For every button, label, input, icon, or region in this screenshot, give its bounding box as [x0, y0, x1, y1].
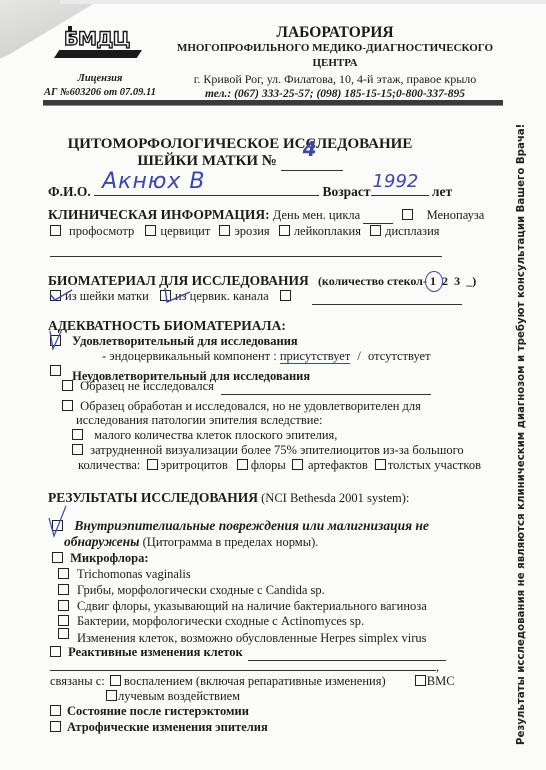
checkmark-cervix-icon [48, 284, 128, 304]
reactive-label: Реактивные изменения клеток [68, 645, 243, 659]
processed-line-2: исследования патологии эпителия вследств… [76, 413, 323, 428]
fio-field[interactable]: Акнюх В [94, 181, 319, 196]
nilm-line-1: Внутриэпителиальные повреждения или мали… [74, 518, 429, 533]
processed-row: Образец обработан и исследовался, но не … [62, 399, 421, 414]
checkbox-processed-unsatisfactory[interactable] [62, 400, 73, 411]
clinical-info-label: КЛИНИЧЕСКАЯ ИНФОРМАЦИЯ: [48, 207, 270, 222]
clinical-notes-line[interactable] [50, 256, 442, 257]
lab-title: ЛАБОРАТОРИЯ [150, 24, 520, 41]
post-hysterectomy-row: Состояние после гистерэктомии [50, 704, 249, 719]
results-label: РЕЗУЛЬТАТЫ ИССЛЕДОВАНИЯ [48, 490, 258, 505]
lab-header: ЛАБОРАТОРИЯ МНОГОПРОФИЛЬНОГО МЕДИКО-ДИАГ… [150, 24, 520, 101]
fio-handwritten: Акнюх В [102, 169, 205, 194]
endocervical-absent-option[interactable]: отсутствует [368, 349, 431, 363]
radiation-row: лучевым воздействием [106, 689, 240, 704]
microflora-candida: Грибы, морфологически сходные с Candida … [77, 583, 325, 597]
satisfactory-row: Удовлетворительный для исследования [50, 334, 298, 349]
reactive-field-line-2[interactable] [50, 670, 436, 671]
comma: , [436, 660, 439, 675]
obscured-label: затрудненной визуализации более 75% эпит… [90, 443, 464, 457]
clinical-options-row: профосмотр цервицит эрозия лейкоплакия д… [50, 224, 440, 239]
results-header: РЕЗУЛЬТАТЫ ИССЛЕДОВАНИЯ (NCI Bethesda 20… [48, 490, 409, 506]
checkbox-candida[interactable] [58, 584, 69, 595]
reactive-row: Реактивные изменения клеток [50, 645, 446, 661]
checkbox-obscured[interactable] [72, 444, 83, 455]
checkbox-erosion[interactable] [219, 225, 230, 236]
few-cells-label: малого количества клеток плоского эпител… [94, 428, 337, 442]
checkbox-not-examined[interactable] [62, 380, 73, 391]
satisfactory-label: Удовлетворительный для исследования [72, 334, 298, 348]
cycle-day-field[interactable] [363, 208, 393, 224]
checkbox-post-hysterectomy[interactable] [50, 705, 61, 716]
checkbox-trichomonas[interactable] [58, 568, 69, 579]
license-number: АГ №603206 от 07.09.11 [40, 86, 160, 100]
lab-subtitle-2: ЦЕНТРА [150, 56, 520, 71]
cycle-day-label: День мен. цикла [273, 208, 360, 222]
microflora-item: Изменения клеток, возможно обусловленные… [58, 628, 426, 646]
patient-row: Ф.И.О. Акнюх В Возраст 1992 лет [48, 181, 452, 200]
adequacy-label: АДЕКВАТНОСТЬ БИОМАТЕРИАЛА: [48, 318, 286, 334]
logo-text: БМДЦ [64, 28, 130, 50]
nilm-row: Внутриэпителиальные повреждения или мали… [52, 518, 429, 534]
checkbox-bacterial-vaginosis[interactable] [58, 600, 69, 611]
reactive-field[interactable] [248, 645, 446, 661]
endocervical-label: - эндоцервикальный компонент : [102, 349, 277, 363]
checkbox-unsatisfactory[interactable] [50, 365, 61, 376]
bmdc-logo: БМДЦ [48, 26, 144, 62]
option-profosmotr: профосмотр [69, 224, 134, 238]
checkmark-nilm-icon [46, 504, 68, 538]
associated-radiation: лучевым воздействием [118, 689, 240, 703]
associated-inflammation: воспалением (включая репаративные измене… [124, 674, 386, 688]
menopause-label: Менопауза [427, 208, 485, 222]
quantity-flora: флоры [251, 458, 286, 472]
nilm-line-2: обнаружены (Цитограмма в пределах нормы)… [64, 534, 318, 550]
age-suffix: лет [432, 184, 452, 199]
checkbox-inflammation[interactable] [110, 675, 121, 686]
atrophic-label: Атрофические изменения эпителия [67, 720, 268, 734]
checkbox-leukoplakia[interactable] [279, 225, 290, 236]
associated-iud: ВМС [427, 674, 455, 688]
microflora-actinomyces: Бактерии, морфологически сходные с Actin… [77, 614, 364, 628]
quantity-thick-areas: толстых участков [388, 458, 481, 472]
study-number-field[interactable]: 4 [281, 153, 343, 171]
age-handwritten: 1992 [373, 171, 419, 192]
disclaimer-vertical-note: Результаты исследования не являются клин… [516, 105, 527, 745]
slides-option-3[interactable]: 3 [454, 274, 460, 288]
results-system: (NCI Bethesda 2001 system): [261, 491, 409, 505]
slides-label: (количество стекол- [318, 274, 427, 288]
title-number-label: ШЕЙКИ МАТКИ № [137, 153, 276, 169]
endocervical-separator: / [357, 349, 360, 363]
nilm-not-found: обнаружены [64, 534, 140, 549]
title-line-2: ШЕЙКИ МАТКИ № 4 [40, 153, 440, 171]
microflora-item: Сдвиг флоры, указывающий на наличие бакт… [58, 599, 427, 614]
license-block: Лицензия АГ №603206 от 07.09.11 [40, 72, 160, 100]
title-line-1: ЦИТОМОРФОЛОГИЧЕСКОЕ ИССЛЕДОВАНИЕ [40, 136, 440, 153]
option-dysplasia: дисплазия [385, 224, 439, 238]
quantity-artifacts: артефактов [308, 458, 368, 472]
checkbox-few-cells[interactable] [72, 429, 83, 440]
endocervical-row: - эндоцервикальный компонент : присутств… [102, 349, 431, 364]
not-examined-row: Образец не исследовался [62, 379, 431, 395]
not-examined-label: Образец не исследовался [80, 379, 214, 393]
microflora-herpes: Изменения клеток, возможно обусловленные… [77, 631, 426, 645]
quantity-label: количества: [78, 458, 140, 472]
option-leukoplakia: лейкоплакия [294, 224, 361, 238]
nilm-normal-cytogram: (Цитограмма в пределах нормы). [140, 535, 319, 549]
lab-address: г. Кривой Рог, ул. Филатова, 10, 4-й эта… [150, 72, 520, 87]
microflora-item: Грибы, морфологически сходные с Candida … [58, 583, 325, 598]
associated-label: связаны с: [50, 674, 105, 688]
checkbox-dysplasia[interactable] [370, 225, 381, 236]
checkbox-erythrocytes[interactable] [147, 459, 158, 470]
source-other-field[interactable] [312, 289, 462, 305]
logo-underbar [54, 50, 142, 58]
checkbox-iud[interactable] [415, 675, 426, 686]
endocervical-present-option[interactable]: присутствует [280, 349, 350, 364]
checkbox-thick-areas[interactable] [375, 459, 386, 470]
header-divider [43, 100, 503, 106]
age-field[interactable]: 1992 [371, 181, 429, 196]
not-examined-reason-field[interactable] [221, 379, 431, 395]
post-hysterectomy-label: Состояние после гистерэктомии [67, 704, 249, 718]
option-cervicitis: цервицит [160, 224, 210, 238]
checkbox-source-other[interactable] [280, 290, 291, 301]
lab-subtitle-1: МНОГОПРОФИЛЬНОГО МЕДИКО-ДИАГНОСТИЧЕСКОГО [150, 41, 520, 56]
checkbox-artifacts[interactable] [292, 459, 303, 470]
checkbox-atrophic[interactable] [50, 721, 61, 732]
checkbox-reactive[interactable] [50, 646, 61, 657]
microflora-bacterial-vaginosis: Сдвиг флоры, указывающий на наличие бакт… [77, 599, 427, 613]
checkbox-profosmotr[interactable] [50, 225, 61, 236]
microflora-row: Микрофлора: [52, 551, 149, 566]
age-label: Возраст [322, 184, 370, 199]
checkbox-actinomyces[interactable] [58, 615, 69, 626]
microflora-item: Trichomonas vaginalis [58, 567, 191, 582]
study-number-handwritten: 4 [303, 141, 317, 158]
menopause-checkbox[interactable] [402, 209, 413, 220]
few-cells-row: малого количества клеток плоского эпител… [72, 428, 337, 443]
checkmark-cervical-canal-icon [160, 284, 220, 306]
checkbox-herpes[interactable] [58, 628, 69, 639]
checkbox-radiation[interactable] [106, 690, 117, 701]
checkbox-flora[interactable] [237, 459, 248, 470]
slides-option-1[interactable]: 1 [430, 274, 439, 288]
atrophic-row: Атрофические изменения эпителия [50, 720, 268, 735]
microflora-trichomonas: Trichomonas vaginalis [77, 567, 191, 581]
scan-edge [60, 0, 546, 4]
slides-close: ) [472, 274, 476, 288]
associated-row: связаны с: воспалением (включая репарати… [50, 674, 455, 689]
license-label: Лицензия [40, 72, 160, 86]
document-title: ЦИТОМОРФОЛОГИЧЕСКОЕ ИССЛЕДОВАНИЕ ШЕЙКИ М… [40, 136, 440, 171]
checkbox-cervicitis[interactable] [145, 225, 156, 236]
obscured-row: затрудненной визуализации более 75% эпит… [72, 443, 464, 458]
microflora-label: Микрофлора: [70, 551, 148, 565]
microflora-item: Бактерии, морфологически сходные с Actin… [58, 614, 364, 629]
processed-line-1: Образец обработан и исследовался, но не … [80, 399, 421, 413]
quantity-row: количества: эритроцитов флоры артефактов… [78, 458, 481, 473]
checkbox-microflora[interactable] [52, 552, 63, 563]
checkmark-satisfactory-icon [46, 325, 66, 353]
quantity-erythrocytes: эритроцитов [161, 458, 228, 472]
clinical-info-row: КЛИНИЧЕСКАЯ ИНФОРМАЦИЯ: День мен. цикла … [48, 207, 484, 224]
option-erosion: эрозия [234, 224, 269, 238]
lab-phones: тел.: (067) 333-25-57; (098) 185-15-15;0… [150, 87, 520, 101]
fio-label: Ф.И.О. [48, 184, 91, 199]
